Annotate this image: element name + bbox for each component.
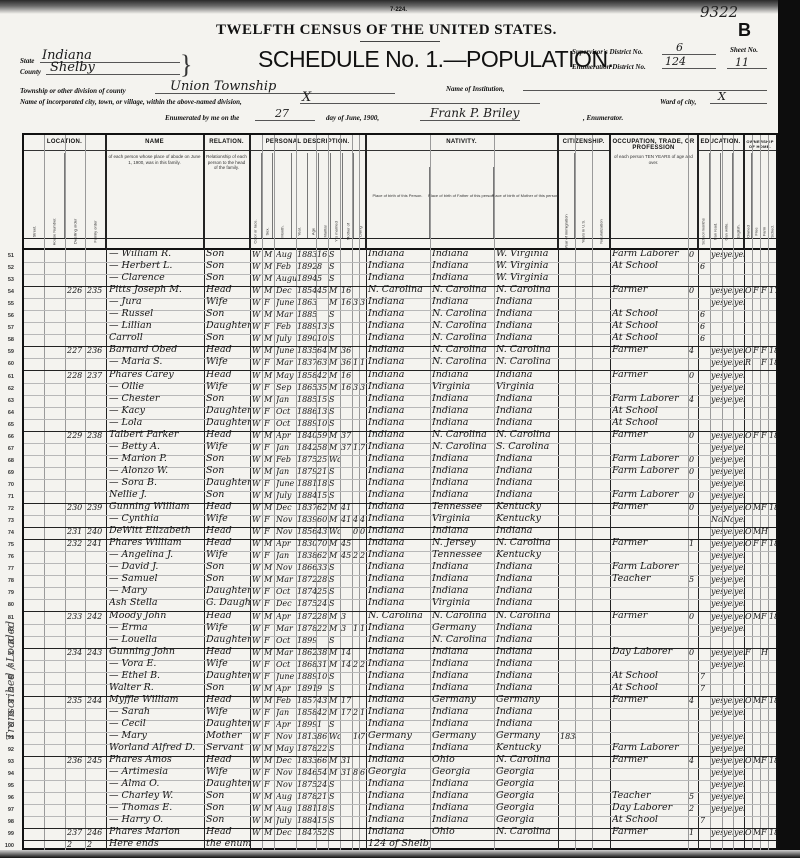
cell-read: yes (711, 395, 722, 404)
cell-sex: M (264, 371, 274, 380)
occupation-header: OCCUPATION, TRADE, OR PROFESSION of each… (610, 135, 698, 250)
cell-schedule: 179 (769, 286, 777, 295)
cell-sex: F (264, 551, 274, 560)
cell-father: Indiana (432, 417, 494, 428)
cell-year: 1839 (297, 515, 316, 524)
cell-relation: Head (206, 537, 250, 548)
cell-name: — Alonzo W. (109, 465, 203, 476)
cell-age: 1 (317, 720, 328, 729)
cell-age: 52 (317, 828, 328, 837)
cell-sex: M (264, 250, 274, 259)
cell-months-unemployed: 0 (689, 467, 698, 476)
cell-mother: Indiana (496, 585, 558, 596)
cell-months-unemployed: 0 (689, 250, 698, 259)
cell-sex: F (264, 624, 274, 633)
cell-year: 1872 (297, 575, 316, 584)
cell-read: yes (711, 660, 722, 669)
cell-years-married: 14 (341, 660, 352, 669)
line-number: 60 (2, 361, 14, 367)
cell-read: yes (711, 648, 722, 657)
cell-months-unemployed: 4 (689, 696, 698, 705)
cell-name: Phares Amos (109, 754, 203, 765)
cell-father: N. Carolina (432, 320, 494, 331)
cell-relation: Head (206, 369, 250, 380)
cell-year: 1889 (297, 672, 316, 681)
cell-english: yes (734, 250, 744, 259)
cell-read: yes (711, 612, 722, 621)
cell-month: Feb (276, 322, 296, 331)
cell-family: 241 (87, 539, 105, 548)
cell-read: yes (711, 732, 722, 741)
cell-months-unemployed: 0 (689, 286, 698, 295)
cell-english: yes (734, 612, 744, 621)
cell-mother: Indiana (496, 320, 558, 331)
cell-sex: F (264, 322, 274, 331)
cell-family: 242 (87, 612, 105, 621)
sheet-letter: B (738, 20, 751, 41)
cell-years-married: 16 (341, 286, 352, 295)
cell-relation: Daughter (206, 320, 250, 331)
cell-age: 24 (317, 780, 328, 789)
cell-year: 1884 (297, 491, 316, 500)
cell-mother: N. Carolina (496, 344, 558, 355)
cell-relation: Daughter (206, 670, 250, 681)
cell-sex: F (264, 708, 274, 717)
cell-english: yes (734, 515, 744, 524)
cell-age: 62 (317, 503, 328, 512)
cell-occupation: Farmer (612, 694, 688, 705)
cell-year: 1862 (297, 648, 316, 657)
cell-english: yes (734, 539, 744, 548)
cell-english: yes (734, 443, 744, 452)
cell-write: yes (723, 467, 733, 476)
cell-age: 54 (317, 768, 328, 777)
cell-children-born: 4 (353, 515, 360, 524)
cell-name: — Mary (109, 730, 203, 741)
cell-write: yes (723, 250, 733, 259)
cell-birth: Indiana (368, 441, 430, 452)
cell-birth: Indiana (368, 308, 430, 319)
cell-occupation: Farm Laborer (612, 465, 688, 476)
cell-children-born: 0 (353, 527, 360, 536)
cell-years-married: 17 (341, 696, 352, 705)
cell-english: yes (734, 479, 744, 488)
cell-year: 1840 (297, 431, 316, 440)
line-number: 67 (2, 446, 14, 452)
cell-sex: M (264, 286, 274, 295)
cell-months-unemployed: 0 (689, 455, 698, 464)
cell-color: W (252, 684, 262, 693)
cell-read: yes (711, 756, 722, 765)
cell-occupation: At School (612, 814, 688, 825)
cell-month: Mar (276, 624, 296, 633)
cell-sex: F (264, 672, 274, 681)
cell-free: M (753, 503, 760, 512)
cell-age: 43 (317, 696, 328, 705)
personal-description-header: PERSONAL DESCRIPTION. Color or race.Sex.… (250, 135, 366, 250)
cell-relation: Son (206, 489, 250, 500)
cell-year: 1878 (297, 744, 316, 753)
cell-owned: O (745, 286, 752, 295)
cell-relation: Son (206, 453, 250, 464)
cell-mother: Indiana (496, 622, 558, 633)
title-divider (360, 41, 440, 42)
cell-father: N. Carolina (432, 284, 494, 295)
cell-mother: Kentucky (496, 501, 558, 512)
cell-children-born: 2 (353, 551, 360, 560)
township-label: Township or other division of county (20, 87, 126, 95)
cell-color: W (252, 768, 262, 777)
township-value: Union Township (170, 79, 276, 94)
education-header: EDUCATION. School monthsCan read.Can wri… (698, 135, 744, 250)
cell-sex: M (264, 310, 274, 319)
cell-month: Dec (276, 503, 296, 512)
cell-farm: F (761, 612, 768, 621)
cell-relation: Wife (206, 766, 250, 777)
cell-read: yes (711, 455, 722, 464)
cell-months-unemployed: 4 (689, 346, 698, 355)
cell-marital: M (329, 551, 340, 560)
cell-relation: Head (206, 344, 250, 355)
cell-age: 62 (317, 551, 328, 560)
cell-english: yes (734, 395, 744, 404)
cell-marital: M (329, 612, 340, 621)
cell-age: 59 (317, 431, 328, 440)
cell-name: Phares Carey (109, 369, 203, 380)
cell-father: Indiana (432, 802, 494, 813)
county-line (46, 74, 180, 75)
cell-name: — Lillian (109, 320, 203, 331)
cell-relation: the enumeration of District (206, 838, 250, 849)
line-number: 68 (2, 458, 14, 464)
cell-name: — Ollie (109, 381, 203, 392)
cell-read: yes (711, 358, 722, 367)
line-number: 93 (2, 759, 14, 765)
cell-sex: F (264, 407, 274, 416)
cell-sex: F (264, 515, 274, 524)
line-number: 97 (2, 807, 14, 813)
cell-father: Indiana (432, 646, 494, 657)
cell-marital: M (329, 371, 340, 380)
cell-mother: Georgia (496, 766, 558, 777)
cell-color: W (252, 575, 262, 584)
cell-sex: F (264, 298, 274, 307)
cell-year: 1875 (297, 780, 316, 789)
cell-schedule: 188 (769, 828, 777, 837)
supervisor-value: 6 (676, 41, 683, 54)
cell-owned: O (745, 346, 752, 355)
cell-mother: Germany (496, 694, 558, 705)
cell-english: yes (734, 431, 744, 440)
cell-read: yes (711, 708, 722, 717)
cell-english: yes (734, 744, 744, 753)
cell-age: 5 (317, 274, 328, 283)
cell-birth: Indiana (368, 465, 430, 476)
cell-father: Indiana (432, 658, 494, 669)
line-number: 58 (2, 337, 14, 343)
cell-occupation: Farm Laborer (612, 489, 688, 500)
cell-father: Virginia (432, 513, 494, 524)
cell-owned: O (745, 431, 752, 440)
cell-children-born: 10 (353, 732, 360, 741)
cell-month: July (276, 334, 296, 343)
cell-sex: F (264, 768, 274, 777)
cell-birth: Indiana (368, 826, 430, 837)
cell-birth: Indiana (368, 296, 430, 307)
cell-color: W (252, 298, 262, 307)
cell-mother: W. Virginia (496, 248, 558, 259)
cell-mother: Indiana (496, 393, 558, 404)
cell-dwelling: 232 (67, 539, 85, 548)
cell-write: yes (723, 708, 733, 717)
cell-father: Indiana (432, 248, 494, 259)
cell-birth: Georgia (368, 766, 430, 777)
cell-relation: Head (206, 501, 250, 512)
cell-father: Indiana (432, 477, 494, 488)
cell-birth: Indiana (368, 381, 430, 392)
cell-marital: S (329, 407, 340, 416)
cell-occupation: Farmer (612, 501, 688, 512)
cell-month: Apr (276, 539, 296, 548)
cell-children-born: 2 (353, 708, 360, 717)
day-line (255, 120, 315, 121)
cell-sex: F (264, 527, 274, 536)
cell-month: Jan (276, 467, 296, 476)
schedule-title: SCHEDULE No. 1.—POPULATION. (258, 46, 613, 73)
cell-years-married: 3 (341, 624, 352, 633)
line-number: 80 (2, 602, 14, 608)
cell-free: F (753, 431, 760, 440)
cell-age: 38 (317, 648, 328, 657)
cell-read: yes (711, 744, 722, 753)
cell-birth: Indiana (368, 646, 430, 657)
cell-name: — Lola (109, 417, 203, 428)
cell-name: Moody John (109, 610, 203, 621)
cell-write: No (723, 515, 733, 524)
cell-school: 6 (700, 322, 710, 331)
cell-children-born: 8 (353, 768, 360, 777)
cell-months-unemployed: 4 (689, 756, 698, 765)
cell-name: — David J. (109, 561, 203, 572)
cell-dwelling: 235 (67, 696, 85, 705)
cell-write: yes (723, 286, 733, 295)
cell-read: yes (711, 491, 722, 500)
cell-relation: Son (206, 465, 250, 476)
cell-marital: S (329, 479, 340, 488)
cell-birth: Indiana (368, 453, 430, 464)
cell-mother: Georgia (496, 790, 558, 801)
cell-month: Dec (276, 286, 296, 295)
cell-father: N. Carolina (432, 610, 494, 621)
cell-father: N. Carolina (432, 344, 494, 355)
cell-relation: Wife (206, 549, 250, 560)
cell-farm: H (761, 527, 768, 536)
cell-farm: F (761, 539, 768, 548)
cell-year: 1865 (297, 383, 316, 392)
cell-birth: Indiana (368, 513, 430, 524)
cell-years-married: 36 (341, 346, 352, 355)
cell-dwelling: 229 (67, 431, 85, 440)
cell-color: W (252, 744, 262, 753)
cell-write: yes (723, 768, 733, 777)
cell-birth: Indiana (368, 682, 430, 693)
cell-year: 1847 (297, 828, 316, 837)
cell-marital: S (329, 792, 340, 801)
cell-relation: Daughter (206, 417, 250, 428)
cell-name: — Kacy (109, 405, 203, 416)
cell-sex: M (264, 455, 274, 464)
cell-age: 15 (317, 395, 328, 404)
cell-children-living: 2 (360, 660, 367, 669)
cell-father: N. Jersey (432, 537, 494, 548)
cell-month: Feb (276, 696, 296, 705)
cell-month: Aug (276, 804, 296, 813)
cell-months-unemployed: 0 (689, 431, 698, 440)
cell-years-married: 45 (341, 551, 352, 560)
cell-relation: Son (206, 332, 250, 343)
cell-month: May (276, 371, 296, 380)
ward-line (710, 103, 767, 104)
cell-year: 1875 (297, 455, 316, 464)
cell-age: 25 (317, 455, 328, 464)
cell-name: — Mary (109, 585, 203, 596)
cell-dwelling: 231 (67, 527, 85, 536)
line-number: 71 (2, 494, 14, 500)
cell-father: Tennessee (432, 549, 494, 560)
cell-father: Indiana (432, 670, 494, 681)
cell-english: yes (734, 346, 744, 355)
cell-schedule: 183 (769, 503, 777, 512)
cell-year: 1885 (297, 395, 316, 404)
cell-father: Indiana (432, 742, 494, 753)
cell-month: August (276, 274, 296, 283)
cell-write: yes (723, 780, 733, 789)
cell-relation: Son (206, 561, 250, 572)
cell-relation: Son (206, 248, 250, 259)
cell-marital: S (329, 310, 340, 319)
cell-marital: M (329, 756, 340, 765)
cell-birth: Indiana (368, 429, 430, 440)
cell-color: W (252, 672, 262, 681)
township-line (155, 93, 395, 94)
cell-father: Indiana (432, 489, 494, 500)
cell-years-married: 31 (341, 756, 352, 765)
cell-children-living: 7 (360, 443, 367, 452)
cell-months-unemployed: 0 (689, 491, 698, 500)
cell-farm: F (761, 503, 768, 512)
cell-year: 1889 (297, 322, 316, 331)
cell-color: W (252, 612, 262, 621)
supervisor-label: Supervisor's District No. (572, 48, 643, 56)
cell-relation: Son (206, 573, 250, 584)
cell-birth: Indiana (368, 622, 430, 633)
cell-mother: N. Carolina (496, 537, 558, 548)
cell-schedule: 182 (769, 431, 777, 440)
cell-age: 15 (317, 816, 328, 825)
cell-sex: M (264, 539, 274, 548)
cell-occupation: At School (612, 308, 688, 319)
line-number: 94 (2, 771, 14, 777)
cell-english: yes (734, 383, 744, 392)
census-sheet: 7-224. 9322 B TWELFTH CENSUS OF THE UNIT… (0, 0, 778, 852)
cell-occupation: Farmer (612, 344, 688, 355)
cell-age: 25 (317, 587, 328, 596)
cell-color: W (252, 804, 262, 813)
cell-month: Dec (276, 828, 296, 837)
cell-relation: Mother (206, 730, 250, 741)
line-number: 95 (2, 783, 14, 789)
nativity-header: NATIVITY. Place of birth of this Person.… (366, 135, 558, 250)
cell-year: 1858 (297, 708, 316, 717)
cell-father: N. Carolina (432, 308, 494, 319)
cell-month: Apr (276, 431, 296, 440)
cell-occupation: At School (612, 260, 688, 271)
cell-years-married: 31 (341, 768, 352, 777)
cell-year: 1894 (297, 274, 316, 283)
cell-relation: Head (206, 525, 250, 536)
cell-color: W (252, 322, 262, 331)
cell-years-married: 36 (341, 358, 352, 367)
cell-children-living: 3 (360, 298, 367, 307)
line-number: 65 (2, 422, 14, 428)
cell-owned: O (745, 828, 752, 837)
cell-english: yes (734, 563, 744, 572)
state-label: State (20, 57, 34, 65)
cell-mother: Indiana (496, 706, 558, 717)
cell-read: No (711, 515, 722, 524)
cell-father: Indiana (432, 790, 494, 801)
cell-age: 22 (317, 624, 328, 633)
cell-mother: Indiana (496, 646, 558, 657)
cell-sex: M (264, 334, 274, 343)
cell-father: Virginia (432, 597, 494, 608)
cell-color: W (252, 491, 262, 500)
cell-relation: Wife (206, 658, 250, 669)
cell-free: F (753, 286, 760, 295)
cell-read: yes (711, 286, 722, 295)
cell-year: 1884 (297, 816, 316, 825)
cell-sex: M (264, 684, 274, 693)
cell-mother: Indiana (496, 405, 558, 416)
cell-year: 1874 (297, 587, 316, 596)
cell-sex: M (264, 395, 274, 404)
cell-age: 42 (317, 371, 328, 380)
cell-owned: O (745, 527, 752, 536)
cell-write: yes (723, 455, 733, 464)
cell-month: Nov (276, 527, 296, 536)
cell-birth: Indiana (368, 778, 430, 789)
city-label: Name of incorporated city, town, or vill… (20, 98, 242, 106)
cell-birth: Indiana (368, 814, 430, 825)
cell-english: yes (734, 696, 744, 705)
cell-family: 243 (87, 648, 105, 657)
cell-month: Oct (276, 660, 296, 669)
cell-age: 22 (317, 744, 328, 753)
citizenship-header: CITIZENSHIP. Year of immigrationYears in… (558, 135, 610, 250)
line-number: 66 (2, 434, 14, 440)
cell-name: — Clarence (109, 272, 203, 283)
cell-birth: Indiana (368, 369, 430, 380)
cell-schedule: 185 (769, 612, 777, 621)
cell-read: yes (711, 298, 722, 307)
cell-color: W (252, 479, 262, 488)
cell-mother: S. Carolina (496, 441, 558, 452)
cell-color: W (252, 539, 262, 548)
cell-family: 240 (87, 527, 105, 536)
cell-father: Georgia (432, 766, 494, 777)
cell-sex: M (264, 792, 274, 801)
cell-name: — Angelina J. (109, 549, 203, 560)
